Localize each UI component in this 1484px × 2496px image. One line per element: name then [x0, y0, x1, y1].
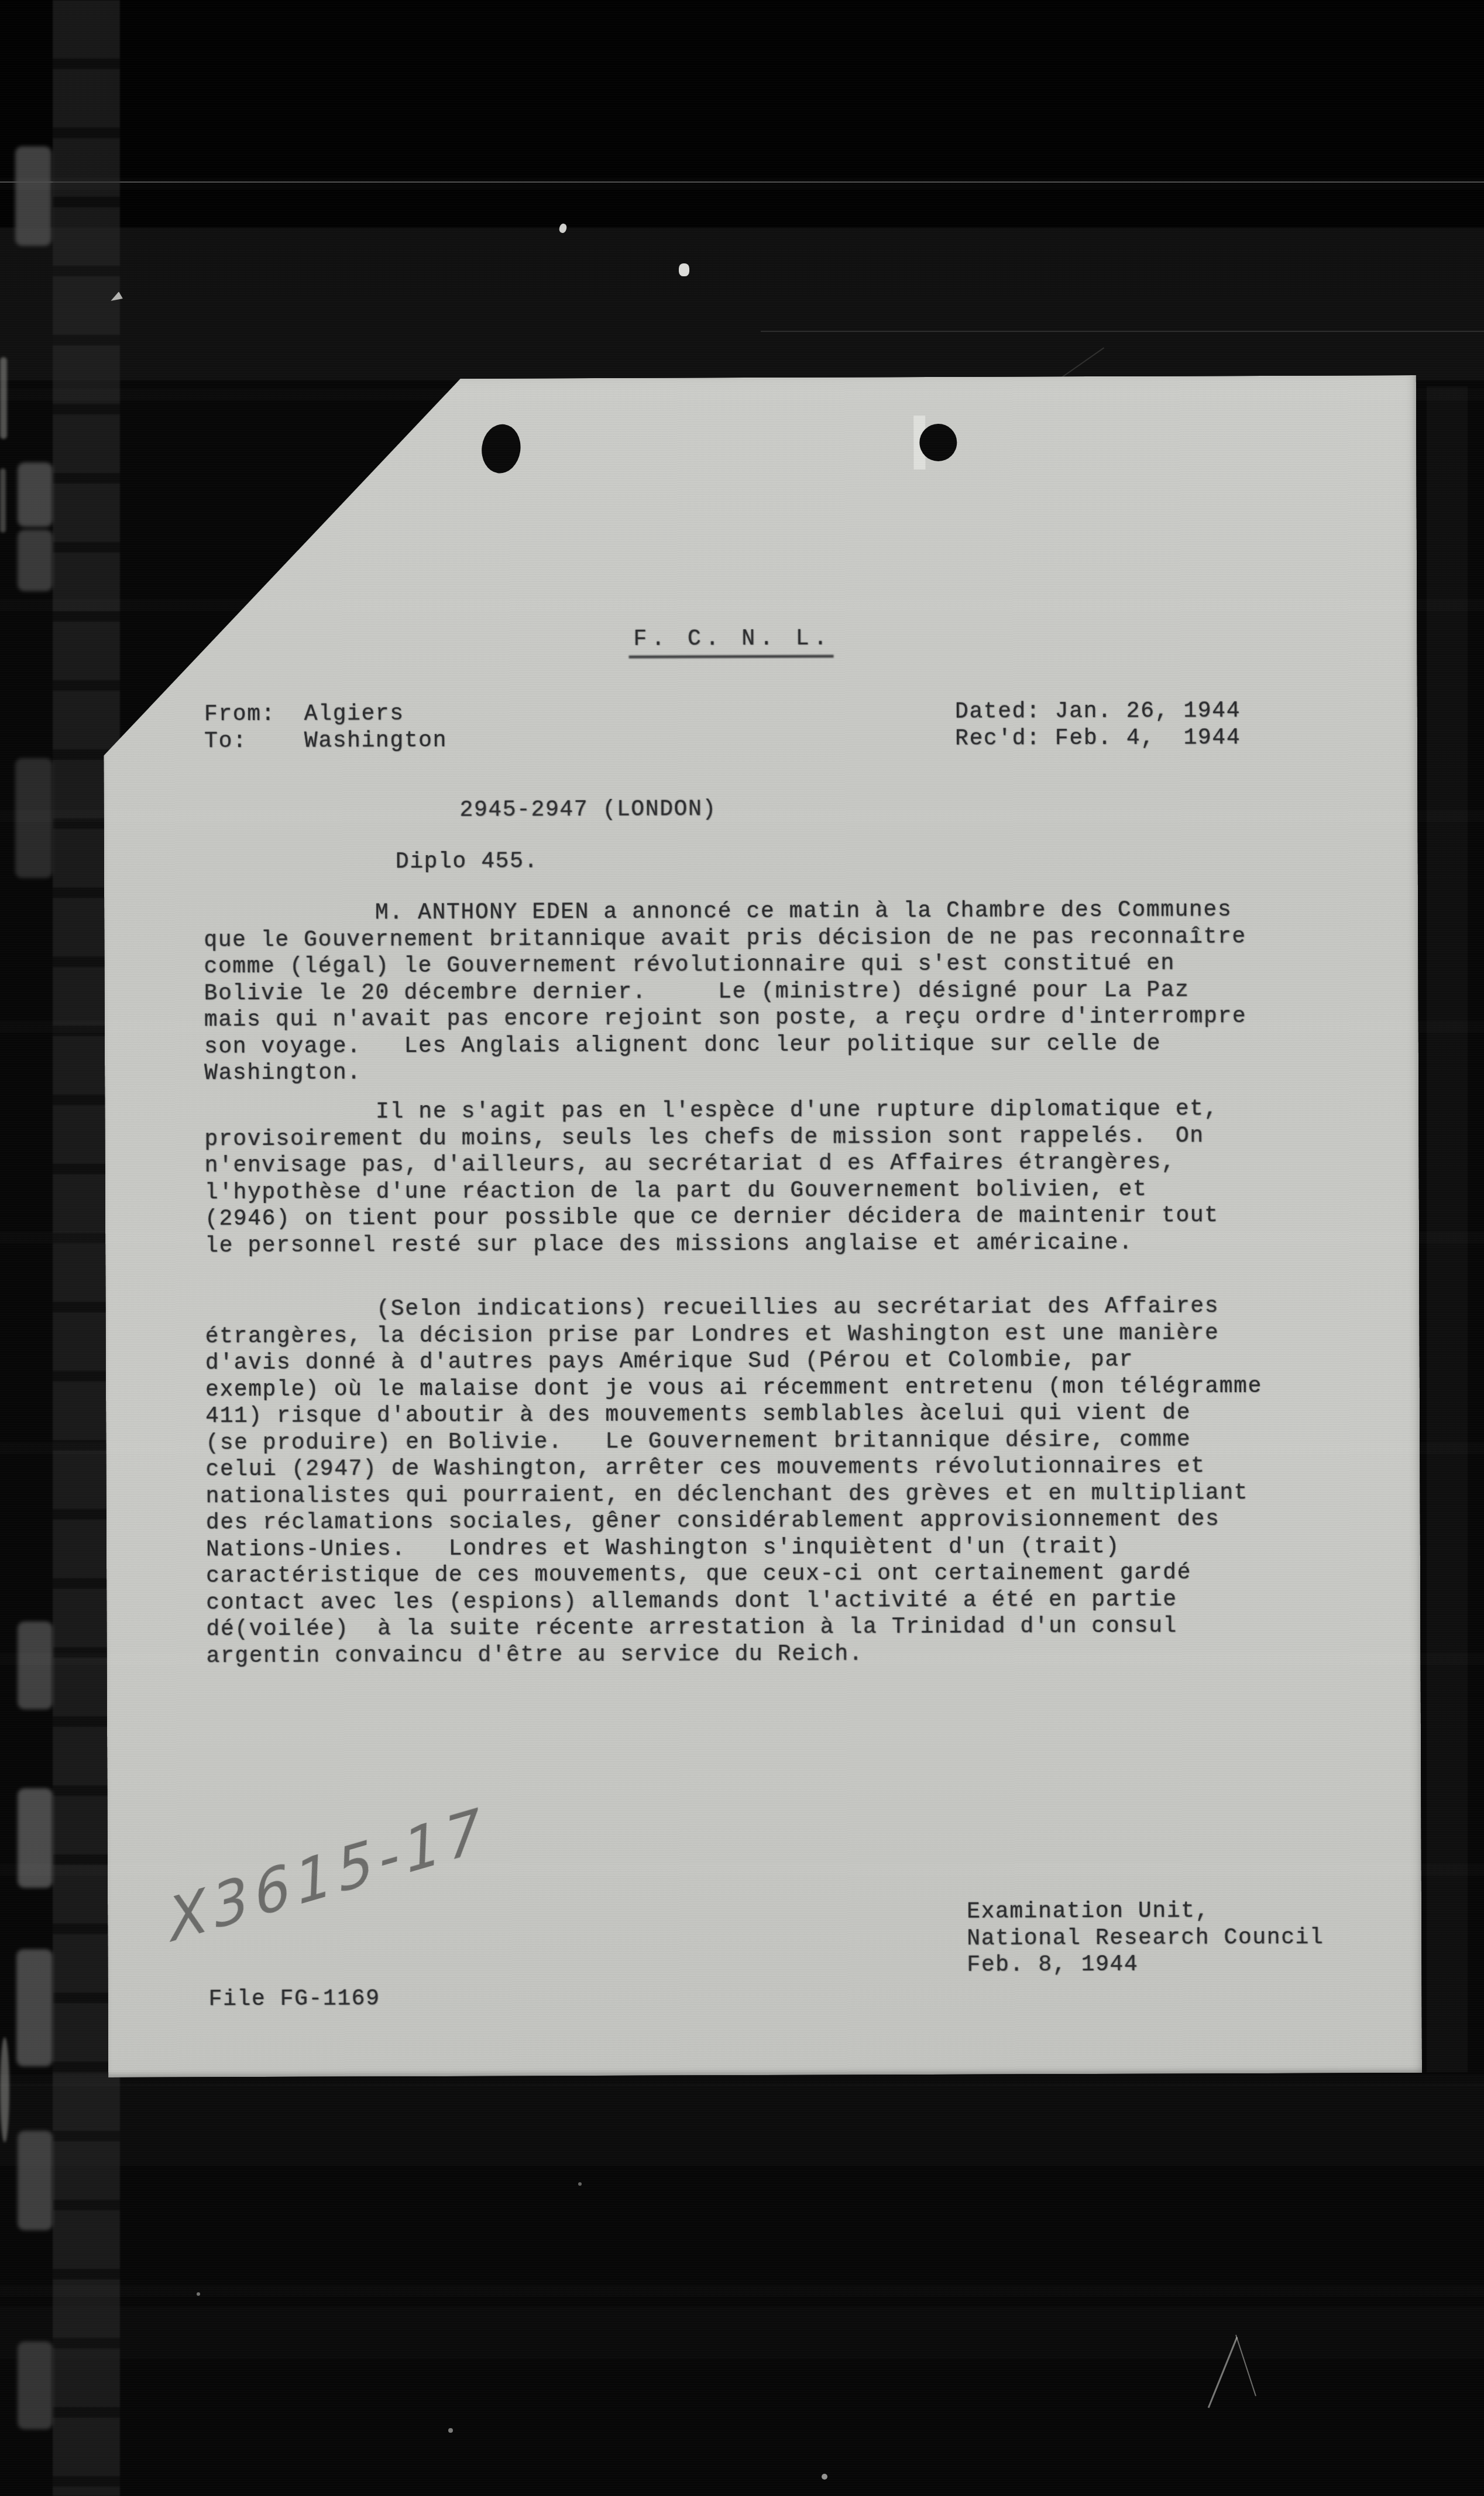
reference-number-line: 2945-2947 (LONDON)	[459, 796, 716, 824]
dust-speck	[822, 2474, 827, 2480]
film-blotch	[18, 530, 53, 591]
body-paragraph: Il ne s'agit pas en l'espèce d'une ruptu…	[204, 1096, 1219, 1259]
film-upper-light-band	[0, 227, 1484, 380]
dust-speck	[448, 2428, 453, 2433]
film-blotch	[15, 758, 53, 878]
film-blotch	[18, 2341, 53, 2429]
document-page: F. C. N. L. From: Algiers To: Washington…	[102, 375, 1422, 2077]
film-background: F. C. N. L. From: Algiers To: Washington…	[0, 0, 1484, 2496]
title-underline	[629, 655, 834, 659]
film-scratch-line	[761, 331, 1484, 332]
document-title: F. C. N. L.	[633, 626, 832, 653]
header-from-to: From: Algiers To: Washington	[204, 701, 447, 755]
film-blotch	[18, 462, 53, 527]
film-edge-sliver	[0, 2037, 9, 2142]
film-blotch	[15, 146, 51, 246]
dust-speck	[197, 2292, 200, 2296]
dust-speck	[578, 2182, 582, 2186]
film-top-band	[0, 0, 1484, 228]
film-blotch	[18, 2131, 53, 2230]
film-blotch	[16, 1949, 53, 2066]
film-bottom-band	[0, 2306, 1484, 2359]
diplo-number-line: Diplo 455.	[396, 848, 538, 875]
body-paragraph: M. ANTHONY EDEN a annoncé ce matin à la …	[204, 897, 1247, 1087]
handwritten-annotation: X3615-17	[164, 1763, 601, 1955]
film-edge-sliver	[0, 468, 6, 533]
file-number: File FG-1169	[209, 1986, 380, 2013]
film-edge-sliver	[0, 357, 7, 439]
body-paragraph: (Selon indications) recueillies au secré…	[205, 1293, 1263, 1669]
dust-speck	[679, 263, 689, 276]
hole-punch-right	[919, 424, 957, 461]
signature-block: Examination Unit, National Research Coun…	[967, 1898, 1324, 1979]
header-dates: Dated: Jan. 26, 1944 Rec'd: Feb. 4, 1944	[955, 698, 1241, 752]
film-blotch	[18, 1788, 53, 1888]
film-right-band	[1427, 386, 1468, 2072]
film-bottom-band	[0, 2084, 1484, 2166]
hole-punch-left	[479, 421, 524, 475]
film-scratch-line	[0, 181, 1484, 183]
film-blotch	[18, 1621, 53, 1709]
